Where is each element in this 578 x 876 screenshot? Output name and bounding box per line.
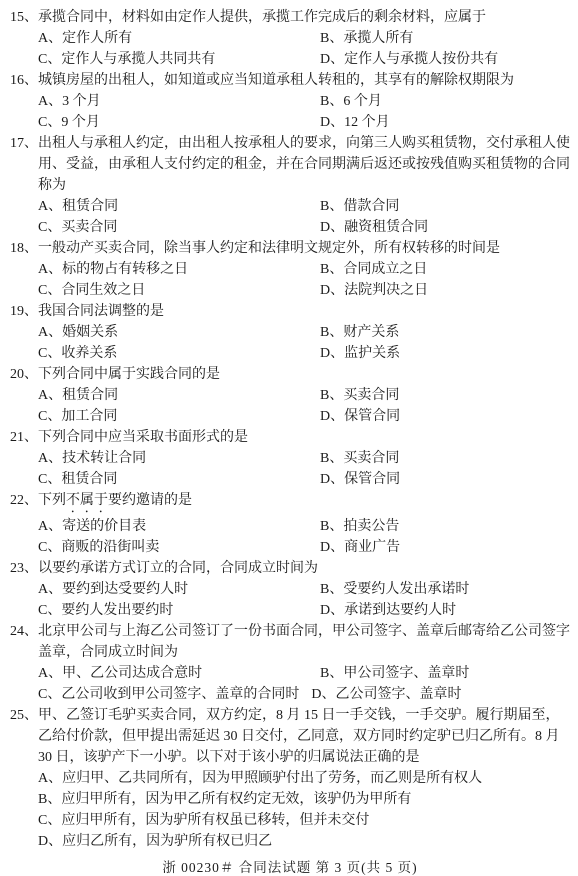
question-16-row-cd: C、9 个月 D、12 个月	[38, 112, 570, 133]
question-22-row-ab: A、寄送的价目表 B、拍卖公告	[38, 516, 570, 537]
question-20-number: 20、	[10, 367, 38, 382]
question-18-options: A、标的物占有转移之日 B、合同成立之日 C、合同生效之日 D、法院判决之日	[38, 259, 570, 301]
page-footer: 浙 00230＃ 合同法试题 第 3 页(共 5 页)	[10, 857, 570, 876]
question-19-option-d: D、监护关系	[320, 343, 570, 364]
question-16-option-d: D、12 个月	[320, 112, 570, 133]
question-19-stem: 19、我国合同法调整的是	[10, 301, 570, 322]
question-18-row-cd: C、合同生效之日 D、法院判决之日	[38, 280, 570, 301]
question-25-option-c: C、应归甲所有，因为驴所有权虽已移转，但并未交付	[38, 813, 369, 828]
question-22-option-c: C、商贩的沿街叫卖	[38, 537, 320, 558]
question-22-text-emphasized: 不属于	[66, 493, 108, 508]
question-18-option-c: C、合同生效之日	[38, 280, 320, 301]
question-19: 19、我国合同法调整的是 A、婚姻关系 B、财产关系 C、收养关系 D、监护关系	[10, 301, 570, 364]
question-16-option-a: A、3 个月	[38, 91, 320, 112]
question-17-option-b: B、借款合同	[320, 196, 570, 217]
question-17-text: 出租人与承租人约定，由出租人按承租人的要求，向第三人购买租赁物，交付承租人使用、…	[38, 136, 570, 193]
question-20-option-c: C、加工合同	[38, 406, 320, 427]
question-16-stem: 16、城镇房屋的出租人，如知道或应当知道承租人转租的，其享有的解除权期限为	[10, 70, 570, 91]
question-17-option-d: D、融资租赁合同	[320, 217, 570, 238]
question-25-stem: 25、甲、乙签订毛驴买卖合同，双方约定，8 月 15 日一手交钱，一手交驴。履行…	[10, 705, 570, 768]
question-21-row-cd: C、租赁合同 D、保管合同	[38, 469, 570, 490]
question-23-row-ab: A、要约到达受要约人时 B、受要约人发出承诺时	[38, 579, 570, 600]
question-15-option-b: B、承揽人所有	[320, 28, 570, 49]
question-22-option-d: D、商业广告	[320, 537, 570, 558]
question-22: 22、下列不属于要约邀请的是 A、寄送的价目表 B、拍卖公告 C、商贩的沿街叫卖…	[10, 490, 570, 558]
question-17-option-a: A、租赁合同	[38, 196, 320, 217]
question-25-options: A、应归甲、乙共同所有，因为甲照顾驴付出了劳务，而乙则是所有权人 B、应归甲所有…	[38, 768, 570, 852]
question-25-option-a: A、应归甲、乙共同所有，因为甲照顾驴付出了劳务，而乙则是所有权人	[38, 771, 482, 786]
question-17-number: 17、	[10, 136, 38, 151]
question-25-row-b: B、应归甲所有，因为甲乙所有权约定无效，该驴仍为甲所有	[38, 789, 570, 810]
question-22-option-b: B、拍卖公告	[320, 516, 570, 537]
question-20: 20、下列合同中属于实践合同的是 A、租赁合同 B、买卖合同 C、加工合同 D、…	[10, 364, 570, 427]
question-17-option-c: C、买卖合同	[38, 217, 320, 238]
question-22-row-cd: C、商贩的沿街叫卖 D、商业广告	[38, 537, 570, 558]
question-24-text: 北京甲公司与上海乙公司签订了一份书面合同，甲公司签字、盖章后邮寄给乙公司签字盖章…	[38, 624, 570, 660]
question-23-options: A、要约到达受要约人时 B、受要约人发出承诺时 C、要约人发出要约时 D、承诺到…	[38, 579, 570, 621]
question-16-option-c: C、9 个月	[38, 112, 320, 133]
question-16: 16、城镇房屋的出租人，如知道或应当知道承租人转租的，其享有的解除权期限为 A、…	[10, 70, 570, 133]
question-24-option-b: B、甲公司签字、盖章时	[320, 663, 570, 684]
question-19-options: A、婚姻关系 B、财产关系 C、收养关系 D、监护关系	[38, 322, 570, 364]
question-16-text: 城镇房屋的出租人，如知道或应当知道承租人转租的，其享有的解除权期限为	[38, 73, 514, 88]
question-18-text: 一般动产买卖合同，除当事人约定和法律明文规定外，所有权转移的时间是	[38, 241, 500, 256]
question-24-option-c: C、乙公司收到甲公司签字、盖章的合同时	[38, 684, 299, 705]
question-23: 23、以要约承诺方式订立的合同，合同成立时间为 A、要约到达受要约人时 B、受要…	[10, 558, 570, 621]
question-15: 15、承揽合同中，材料如由定作人提供，承揽工作完成后的剩余材料，应属于 A、定作…	[10, 7, 570, 70]
question-20-row-cd: C、加工合同 D、保管合同	[38, 406, 570, 427]
question-19-number: 19、	[10, 304, 38, 319]
question-25-option-d: D、应归乙所有，因为驴所有权已归乙	[38, 834, 272, 849]
question-24: 24、北京甲公司与上海乙公司签订了一份书面合同，甲公司签字、盖章后邮寄给乙公司签…	[10, 621, 570, 705]
question-23-stem: 23、以要约承诺方式订立的合同，合同成立时间为	[10, 558, 570, 579]
question-21-options: A、技术转让合同 B、买卖合同 C、租赁合同 D、保管合同	[38, 448, 570, 490]
question-17-options: A、租赁合同 B、借款合同 C、买卖合同 D、融资租赁合同	[38, 196, 570, 238]
question-20-row-ab: A、租赁合同 B、买卖合同	[38, 385, 570, 406]
question-25-row-d: D、应归乙所有，因为驴所有权已归乙	[38, 831, 570, 852]
question-22-option-a: A、寄送的价目表	[38, 516, 320, 537]
question-20-option-d: D、保管合同	[320, 406, 570, 427]
question-21-option-d: D、保管合同	[320, 469, 570, 490]
question-15-stem: 15、承揽合同中，材料如由定作人提供，承揽工作完成后的剩余材料，应属于	[10, 7, 570, 28]
question-16-row-ab: A、3 个月 B、6 个月	[38, 91, 570, 112]
question-24-row-cd: C、乙公司收到甲公司签字、盖章的合同时 D、乙公司签字、盖章时	[38, 684, 570, 705]
question-22-stem: 22、下列不属于要约邀请的是	[10, 490, 570, 516]
question-15-row-ab: A、定作人所有 B、承揽人所有	[38, 28, 570, 49]
question-25-option-b: B、应归甲所有，因为甲乙所有权约定无效，该驴仍为甲所有	[38, 792, 411, 807]
question-25: 25、甲、乙签订毛驴买卖合同，双方约定，8 月 15 日一手交钱，一手交驴。履行…	[10, 705, 570, 852]
question-19-option-b: B、财产关系	[320, 322, 570, 343]
question-18-stem: 18、一般动产买卖合同，除当事人约定和法律明文规定外，所有权转移的时间是	[10, 238, 570, 259]
exam-page: 15、承揽合同中，材料如由定作人提供，承揽工作完成后的剩余材料，应属于 A、定作…	[0, 0, 578, 876]
question-19-text: 我国合同法调整的是	[38, 304, 164, 319]
question-24-option-d: D、乙公司签字、盖章时	[311, 684, 461, 705]
question-23-option-b: B、受要约人发出承诺时	[320, 579, 570, 600]
question-25-number: 25、	[10, 708, 38, 723]
question-18-option-a: A、标的物占有转移之日	[38, 259, 320, 280]
question-23-option-c: C、要约人发出要约时	[38, 600, 320, 621]
question-22-options: A、寄送的价目表 B、拍卖公告 C、商贩的沿街叫卖 D、商业广告	[38, 516, 570, 558]
question-18-row-ab: A、标的物占有转移之日 B、合同成立之日	[38, 259, 570, 280]
question-22-text-pre: 下列	[38, 493, 66, 508]
question-23-option-a: A、要约到达受要约人时	[38, 579, 320, 600]
question-15-number: 15、	[10, 10, 38, 25]
question-21-option-c: C、租赁合同	[38, 469, 320, 490]
question-15-option-c: C、定作人与承揽人共同共有	[38, 49, 320, 70]
question-15-text: 承揽合同中，材料如由定作人提供，承揽工作完成后的剩余材料，应属于	[38, 10, 486, 25]
question-21-option-b: B、买卖合同	[320, 448, 570, 469]
question-18-option-b: B、合同成立之日	[320, 259, 570, 280]
question-19-row-ab: A、婚姻关系 B、财产关系	[38, 322, 570, 343]
question-25-row-c: C、应归甲所有，因为驴所有权虽已移转，但并未交付	[38, 810, 570, 831]
question-21-row-ab: A、技术转让合同 B、买卖合同	[38, 448, 570, 469]
question-23-row-cd: C、要约人发出要约时 D、承诺到达要约人时	[38, 600, 570, 621]
question-17-row-cd: C、买卖合同 D、融资租赁合同	[38, 217, 570, 238]
question-19-option-c: C、收养关系	[38, 343, 320, 364]
question-21-number: 21、	[10, 430, 38, 445]
question-23-option-d: D、承诺到达要约人时	[320, 600, 570, 621]
question-18-option-d: D、法院判决之日	[320, 280, 570, 301]
question-22-text-post: 要约邀请的是	[108, 493, 192, 508]
question-19-row-cd: C、收养关系 D、监护关系	[38, 343, 570, 364]
question-20-text: 下列合同中属于实践合同的是	[38, 367, 220, 382]
question-20-options: A、租赁合同 B、买卖合同 C、加工合同 D、保管合同	[38, 385, 570, 427]
question-17-row-ab: A、租赁合同 B、借款合同	[38, 196, 570, 217]
question-23-text: 以要约承诺方式订立的合同，合同成立时间为	[38, 561, 318, 576]
question-24-stem: 24、北京甲公司与上海乙公司签订了一份书面合同，甲公司签字、盖章后邮寄给乙公司签…	[10, 621, 570, 663]
question-15-row-cd: C、定作人与承揽人共同共有 D、定作人与承揽人按份共有	[38, 49, 570, 70]
question-21-stem: 21、下列合同中应当采取书面形式的是	[10, 427, 570, 448]
question-16-options: A、3 个月 B、6 个月 C、9 个月 D、12 个月	[38, 91, 570, 133]
question-20-option-a: A、租赁合同	[38, 385, 320, 406]
question-20-option-b: B、买卖合同	[320, 385, 570, 406]
question-24-number: 24、	[10, 624, 38, 639]
question-24-row-ab: A、甲、乙公司达成合意时 B、甲公司签字、盖章时	[38, 663, 570, 684]
question-21: 21、下列合同中应当采取书面形式的是 A、技术转让合同 B、买卖合同 C、租赁合…	[10, 427, 570, 490]
question-19-option-a: A、婚姻关系	[38, 322, 320, 343]
question-16-number: 16、	[10, 73, 38, 88]
question-15-option-d: D、定作人与承揽人按份共有	[320, 49, 570, 70]
question-17-stem: 17、出租人与承租人约定，由出租人按承租人的要求，向第三人购买租赁物，交付承租人…	[10, 133, 570, 196]
question-21-option-a: A、技术转让合同	[38, 448, 320, 469]
question-23-number: 23、	[10, 561, 38, 576]
question-15-options: A、定作人所有 B、承揽人所有 C、定作人与承揽人共同共有 D、定作人与承揽人按…	[38, 28, 570, 70]
question-15-option-a: A、定作人所有	[38, 28, 320, 49]
question-22-number: 22、	[10, 493, 38, 508]
question-16-option-b: B、6 个月	[320, 91, 570, 112]
question-21-text: 下列合同中应当采取书面形式的是	[38, 430, 248, 445]
question-25-text: 甲、乙签订毛驴买卖合同，双方约定，8 月 15 日一手交钱，一手交驴。履行期届至…	[38, 708, 560, 765]
question-17: 17、出租人与承租人约定，由出租人按承租人的要求，向第三人购买租赁物，交付承租人…	[10, 133, 570, 238]
question-18: 18、一般动产买卖合同，除当事人约定和法律明文规定外，所有权转移的时间是 A、标…	[10, 238, 570, 301]
question-18-number: 18、	[10, 241, 38, 256]
question-24-option-a: A、甲、乙公司达成合意时	[38, 663, 320, 684]
question-25-row-a: A、应归甲、乙共同所有，因为甲照顾驴付出了劳务，而乙则是所有权人	[38, 768, 570, 789]
question-24-options: A、甲、乙公司达成合意时 B、甲公司签字、盖章时 C、乙公司收到甲公司签字、盖章…	[38, 663, 570, 705]
question-20-stem: 20、下列合同中属于实践合同的是	[10, 364, 570, 385]
